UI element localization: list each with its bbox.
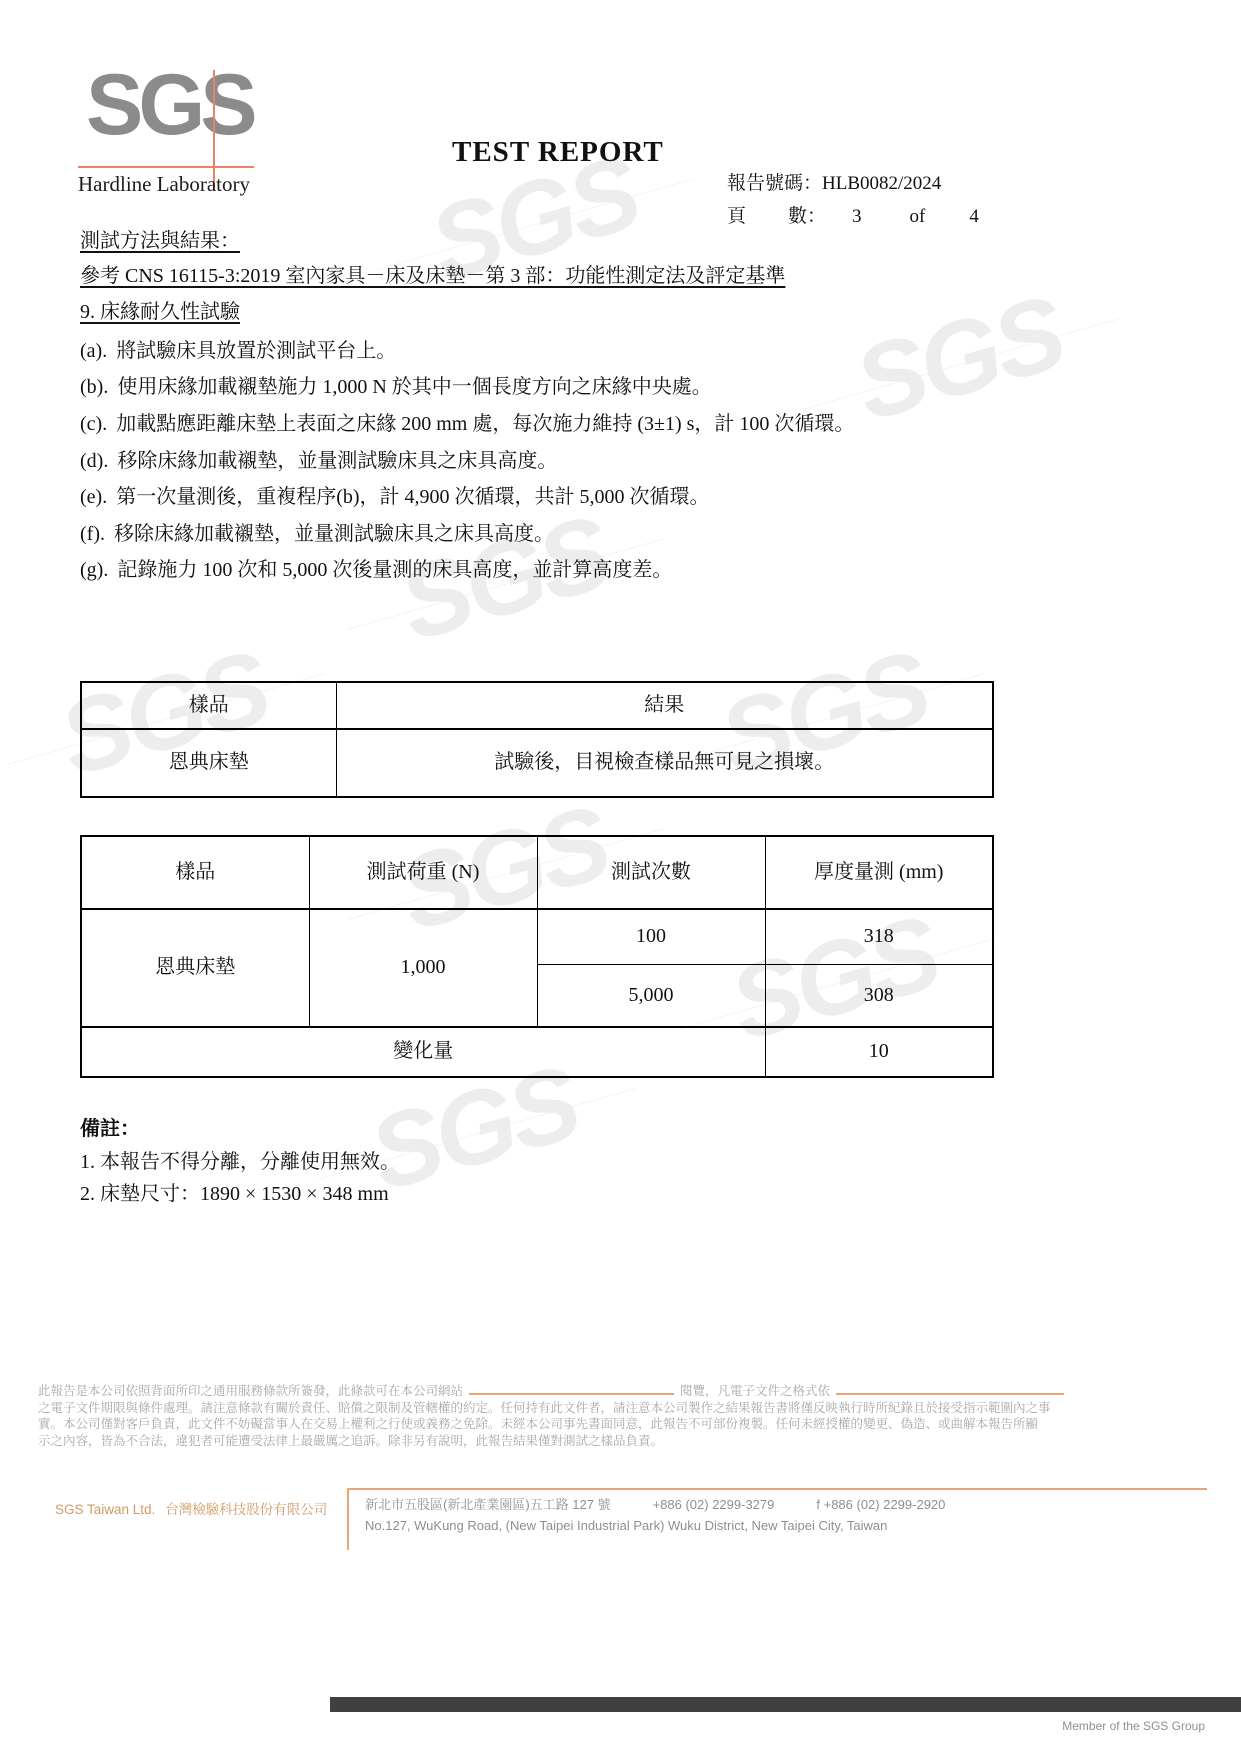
measurement-table-header-row: 樣品 測試荷重 (N) 測試次數 厚度量測 (mm) bbox=[81, 836, 993, 909]
measurement-table: 樣品 測試荷重 (N) 測試次數 厚度量測 (mm) 恩典床墊 1,000 10… bbox=[80, 835, 994, 1078]
method-step-b: (b).使用床緣加載襯墊施力 1,000 N 於其中一個長度方向之床緣中央處。 bbox=[80, 376, 992, 400]
step-label: (b). bbox=[80, 376, 108, 398]
phone-number: +886 (02) 2299-3279 bbox=[653, 1494, 775, 1515]
method-section-title: 9. 床緣耐久性試驗 bbox=[80, 301, 992, 325]
legal-line-2: 之電子文件期限與條件處理。請注意條款有關於責任、賠償之限制及管轄權的約定。任何持… bbox=[38, 1400, 1210, 1417]
report-number-line: 報告號碼：HLB0082/2024 bbox=[727, 168, 979, 195]
measurement-header-sample: 樣品 bbox=[81, 836, 309, 909]
page-total: 4 bbox=[969, 206, 979, 228]
method-step-g: (g).記錄施力 100 次和 5,000 次後量測的床具高度，並計算高度差。 bbox=[80, 559, 992, 583]
page-of: of bbox=[910, 206, 926, 228]
report-body: 測試方法與結果： 參考 CNS 16115-3:2019 室內家具－床及床墊－第… bbox=[80, 230, 992, 1216]
legal-text: 閱覽，凡電子文件之格式依 bbox=[680, 1384, 830, 1398]
step-text: 加載點應距離床墊上表面之床緣 200 mm 處，每次施力維持 (3±1) s，計… bbox=[116, 413, 854, 435]
page-number-line: 頁 數： 3 of 4 bbox=[727, 201, 979, 228]
address-divider-vertical bbox=[347, 1488, 349, 1550]
measurement-cycles-cell: 100 bbox=[537, 909, 765, 965]
address-line-zh: 新北市五股區(新北產業園區)五工路 127 號 +886 (02) 2299-3… bbox=[365, 1494, 945, 1515]
address-divider-horizontal bbox=[347, 1488, 1207, 1490]
result-table: 樣品 結果 恩典床墊 試驗後，目視檢查樣品無可見之損壞。 bbox=[80, 681, 994, 798]
measurement-thickness-cell: 308 bbox=[765, 965, 993, 1027]
step-text: 移除床緣加載襯墊，並量測試驗床具之床具高度。 bbox=[114, 523, 554, 545]
fax-number: f +886 (02) 2299-2920 bbox=[816, 1494, 945, 1515]
page-word: 頁 bbox=[727, 201, 746, 228]
sgs-logo: SGS bbox=[86, 62, 253, 148]
step-text: 將試驗床具放置於測試平台上。 bbox=[116, 340, 396, 362]
step-label: (e). bbox=[80, 486, 107, 508]
format-blank-line bbox=[836, 1383, 1064, 1395]
step-text: 第一次量測後，重複程序(b)，計 4,900 次循環，共計 5,000 次循環。 bbox=[116, 486, 709, 508]
count-word: 數： bbox=[788, 201, 826, 228]
method-step-e: (e).第一次量測後，重複程序(b)，計 4,900 次循環，共計 5,000 … bbox=[80, 486, 992, 510]
method-step-f: (f).移除床緣加載襯墊，並量測試驗床具之床具高度。 bbox=[80, 523, 992, 547]
legal-text: 此報告是本公司依照背面所印之通用服務條款所簽發，此條款可在本公司網站 bbox=[38, 1384, 463, 1398]
measurement-load-cell: 1,000 bbox=[309, 909, 537, 1027]
address-zh: 新北市五股區(新北產業園區)五工路 127 號 bbox=[365, 1494, 611, 1515]
member-of-sgs-group: Member of the SGS Group bbox=[1062, 1719, 1205, 1733]
method-step-c: (c).加載點應距離床墊上表面之床緣 200 mm 處，每次施力維持 (3±1)… bbox=[80, 413, 992, 437]
method-step-d: (d).移除床緣加載襯墊，並量測試驗床具之床具高度。 bbox=[80, 450, 992, 474]
lab-name: Hardline Laboratory bbox=[78, 172, 250, 197]
test-report-page: SGS SGS SGS SGS SGS SGS SGS SGS SGS Hard… bbox=[0, 0, 1241, 1755]
step-text: 使用床緣加載襯墊施力 1,000 N 於其中一個長度方向之床緣中央處。 bbox=[117, 376, 711, 398]
measurement-sample-cell: 恩典床墊 bbox=[81, 909, 309, 1027]
step-label: (d). bbox=[80, 450, 108, 472]
document-title: TEST REPORT bbox=[452, 136, 664, 169]
report-number-value: HLB0082/2024 bbox=[822, 173, 941, 194]
change-label-cell: 變化量 bbox=[81, 1027, 765, 1077]
measurement-header-thickness: 厚度量測 (mm) bbox=[765, 836, 993, 909]
company-name: SGS Taiwan Ltd. 台灣檢驗科技股份有限公司 bbox=[55, 1498, 327, 1518]
result-table-header-result: 結果 bbox=[336, 682, 993, 729]
result-table-header-sample: 樣品 bbox=[81, 682, 336, 729]
step-text: 記錄施力 100 次和 5,000 次後量測的床具高度，並計算高度差。 bbox=[117, 559, 672, 581]
note-item-1: 1. 本報告不得分離，分離使用無效。 bbox=[80, 1151, 992, 1175]
page-current: 3 bbox=[852, 206, 862, 228]
report-number-label: 報告號碼： bbox=[727, 173, 822, 194]
website-blank-line bbox=[469, 1383, 674, 1395]
measurement-header-cycles: 測試次數 bbox=[537, 836, 765, 909]
footer-bar bbox=[330, 1697, 1241, 1712]
step-text: 移除床緣加載襯墊，並量測試驗床具之床具高度。 bbox=[117, 450, 557, 472]
step-label: (c). bbox=[80, 413, 107, 435]
legal-line-4: 示之內容，皆為不合法，違犯者可能遭受法律上最嚴厲之追訴。除非另有說明，此報告結果… bbox=[38, 1433, 1210, 1450]
notes-section: 備註： 1. 本報告不得分離，分離使用無效。 2. 床墊尺寸：1890 × 15… bbox=[80, 1118, 992, 1207]
result-sample-cell: 恩典床墊 bbox=[81, 729, 336, 797]
note-item-2: 2. 床墊尺寸：1890 × 1530 × 348 mm bbox=[80, 1183, 992, 1207]
step-label: (a). bbox=[80, 340, 107, 362]
method-step-a: (a).將試驗床具放置於測試平台上。 bbox=[80, 340, 992, 364]
measurement-thickness-cell: 318 bbox=[765, 909, 993, 965]
legal-line-1: 此報告是本公司依照背面所印之通用服務條款所簽發，此條款可在本公司網站閱覽，凡電子… bbox=[38, 1383, 1210, 1400]
measurement-cycles-cell: 5,000 bbox=[537, 965, 765, 1027]
legal-line-3: 實。本公司僅對客戶負責，此文件不妨礙當事人在交易上權利之行使或義務之免除。未經本… bbox=[38, 1416, 1210, 1433]
logo-horizontal-line bbox=[78, 166, 254, 168]
address-line-en: No.127, WuKung Road, (New Taipei Industr… bbox=[365, 1515, 945, 1536]
result-value-cell: 試驗後，目視檢查樣品無可見之損壞。 bbox=[336, 729, 993, 797]
company-name-zh: 台灣檢驗科技股份有限公司 bbox=[165, 1498, 327, 1518]
company-name-en: SGS Taiwan Ltd. bbox=[55, 1502, 155, 1517]
measurement-change-row: 變化量 10 bbox=[81, 1027, 993, 1077]
method-heading: 測試方法與結果： bbox=[80, 230, 992, 254]
result-table-row: 恩典床墊 試驗後，目視檢查樣品無可見之損壞。 bbox=[81, 729, 993, 797]
measurement-header-load: 測試荷重 (N) bbox=[309, 836, 537, 909]
change-value-cell: 10 bbox=[765, 1027, 993, 1077]
report-meta: 報告號碼：HLB0082/2024 頁 數： 3 of 4 bbox=[727, 168, 979, 228]
address-block: 新北市五股區(新北產業園區)五工路 127 號 +886 (02) 2299-3… bbox=[365, 1494, 945, 1536]
step-label: (f). bbox=[80, 523, 105, 545]
method-reference: 參考 CNS 16115-3:2019 室內家具－床及床墊－第 3 部：功能性測… bbox=[80, 265, 992, 289]
legal-disclaimer: 此報告是本公司依照背面所印之通用服務條款所簽發，此條款可在本公司網站閱覽，凡電子… bbox=[38, 1383, 1210, 1449]
notes-heading: 備註： bbox=[80, 1118, 992, 1142]
step-label: (g). bbox=[80, 559, 108, 581]
measurement-row-1: 恩典床墊 1,000 100 318 bbox=[81, 909, 993, 965]
result-table-header-row: 樣品 結果 bbox=[81, 682, 993, 729]
